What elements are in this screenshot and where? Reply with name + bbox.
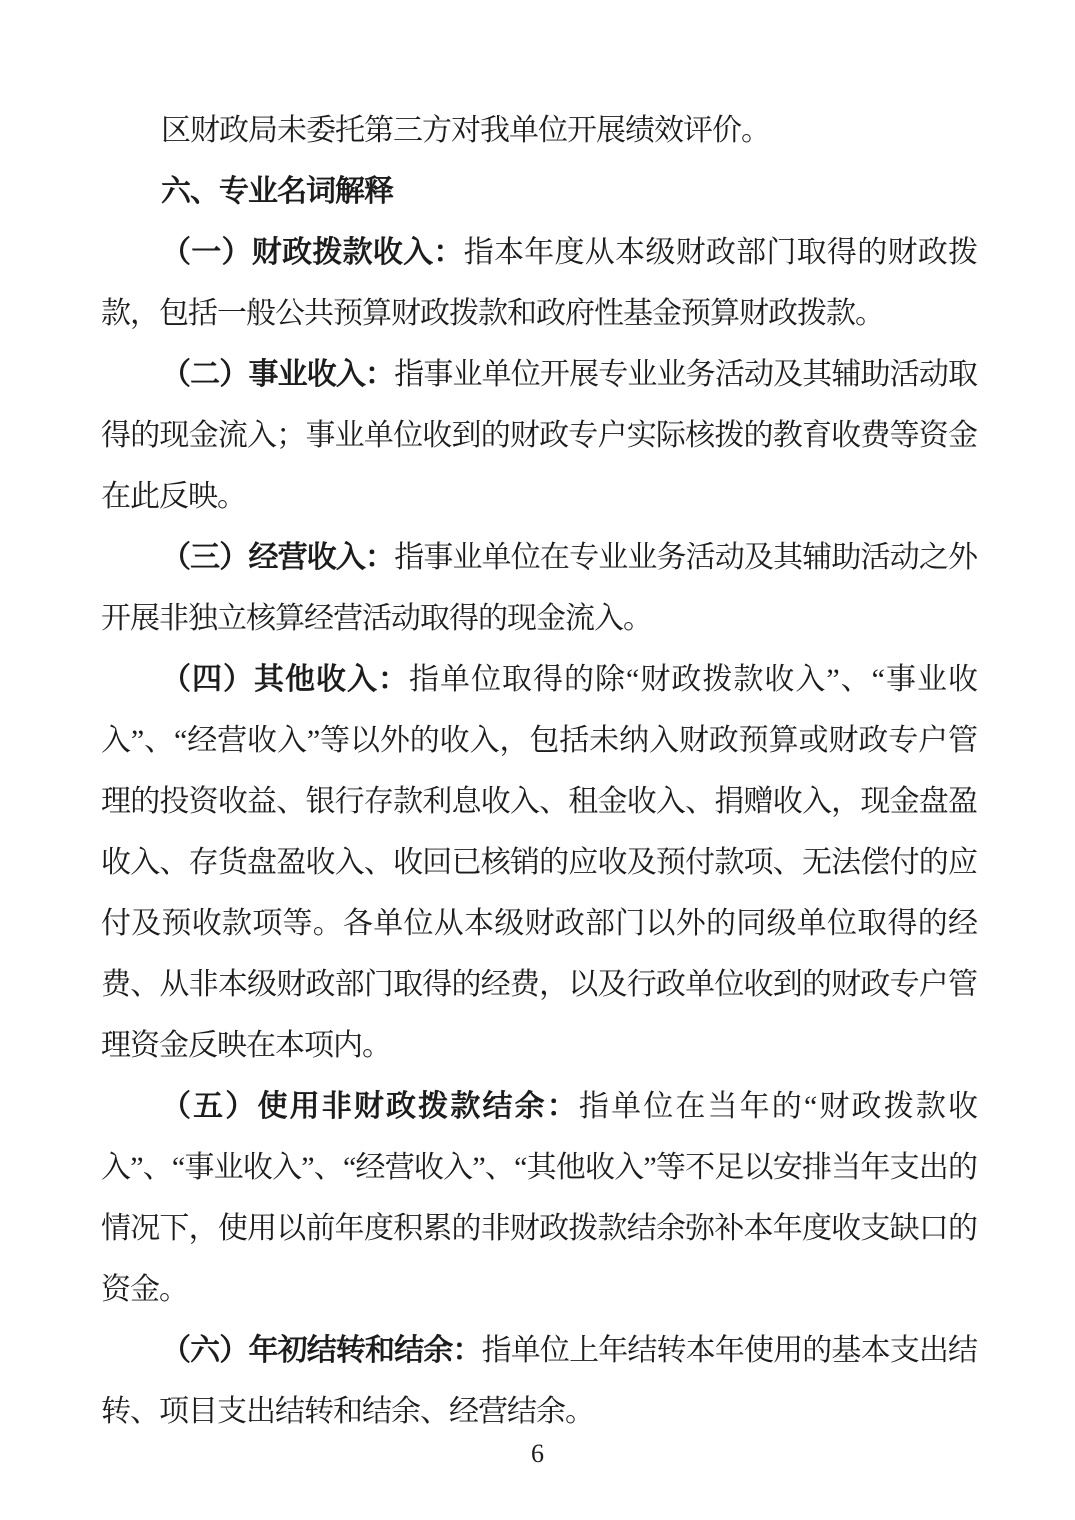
term-label: （四）其他收入：	[161, 663, 409, 696]
paragraph-term-operating-income: （二）事业收入：指事业单位开展专业业务活动及其辅助活动取得的现金流入；事业单位收…	[101, 344, 977, 527]
term-label: （五）使用非财政拨款结余：	[161, 1090, 579, 1123]
term-definition: 指单位取得的除“财政拨款收入”、“事业收入”、“经营收入”等以外的收入，包括未纳…	[101, 663, 977, 1062]
paragraph-term-fiscal-appropriation-income: （一）财政拨款收入：指本年度从本级财政部门取得的财政拨款，包括一般公共预算财政拨…	[101, 222, 977, 344]
document-page: 区财政局未委托第三方对我单位开展绩效评价。 六、专业名词解释 （一）财政拨款收入…	[0, 0, 1075, 1520]
document-body: 区财政局未委托第三方对我单位开展绩效评价。 六、专业名词解释 （一）财政拨款收入…	[101, 100, 977, 1442]
paragraph-term-other-income: （四）其他收入：指单位取得的除“财政拨款收入”、“事业收入”、“经营收入”等以外…	[101, 649, 977, 1076]
section-heading-terms: 六、专业名词解释	[101, 161, 977, 222]
page-number: 6	[0, 1438, 1075, 1470]
paragraph-text: 区财政局未委托第三方对我单位开展绩效评价。	[161, 114, 770, 147]
paragraph-term-non-fiscal-surplus: （五）使用非财政拨款结余：指单位在当年的“财政拨款收入”、“事业收入”、“经营收…	[101, 1076, 977, 1320]
paragraph-term-business-income: （三）经营收入：指事业单位在专业业务活动及其辅助活动之外开展非独立核算经营活动取…	[101, 527, 977, 649]
paragraph-term-beginning-year-carryover: （六）年初结转和结余：指单位上年结转本年使用的基本支出结转、项目支出结转和结余、…	[101, 1320, 977, 1442]
term-label: （六）年初结转和结余：	[161, 1334, 482, 1367]
term-label: （二）事业收入：	[161, 358, 394, 391]
term-label: （三）经营收入：	[161, 541, 394, 574]
paragraph-evaluation-note: 区财政局未委托第三方对我单位开展绩效评价。	[101, 100, 977, 161]
term-label: （一）财政拨款收入：	[161, 236, 464, 269]
heading-text: 六、专业名词解释	[161, 175, 393, 208]
